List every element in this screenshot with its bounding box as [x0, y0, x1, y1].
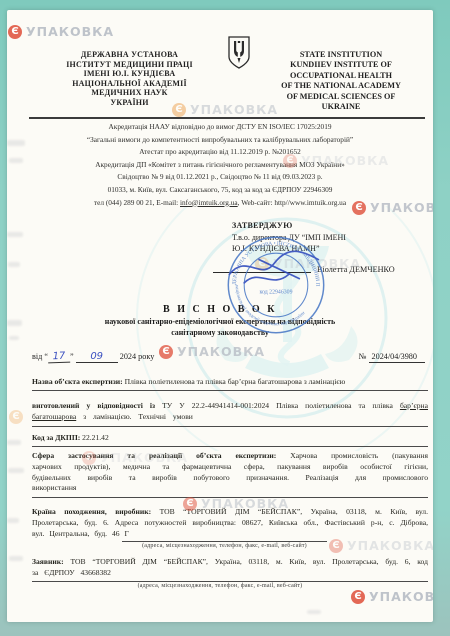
scan-smudge — [8, 262, 20, 267]
section-label: Код за ДКПП: — [32, 433, 80, 442]
date-quote: ” — [70, 352, 74, 361]
org-name-ua-line: УКРАЇНИ — [37, 98, 222, 108]
packaging-watermark: Є — [9, 410, 23, 424]
org-name-en-line: KUNDIIEV INSTITUTE OF — [253, 60, 429, 70]
scan-smudge — [7, 440, 21, 445]
scanned-document: { "watermark": { "symbol": "Є", "label":… — [0, 0, 450, 636]
stamp-center-text: код 22946309 — [259, 289, 292, 295]
round-stamp: ДЕРЖАВНА УСТАНОВА • ІНСТИТУТ МЕДИЦИНИ ПР… — [223, 232, 329, 338]
accreditation-line: Свідоцтво № 9 від 01.12.2021 р., Свідоцт… — [20, 171, 420, 184]
org-name-ua-line: НАЦІОНАЛЬНОЇ АКАДЕМІЇ — [37, 79, 222, 89]
header-divider — [29, 117, 425, 119]
document-number: № 2024/04/3980 — [359, 352, 425, 361]
section-label: Сфера застосування та реалізації об’єкта… — [32, 451, 276, 460]
section-text: Плівка поліетиленова та плівка бар’єрна … — [125, 377, 346, 386]
scan-smudge — [8, 468, 24, 473]
section-label: Назва об’єкта експертизи: — [32, 377, 123, 386]
org-name-ua-line: МЕДИЧНИХ НАУК — [37, 88, 222, 98]
section-scope: Сфера застосування та реалізації об’єкта… — [32, 451, 428, 498]
packaging-logo-icon: Є — [8, 25, 22, 39]
packaging-watermark: Є УПАКОВКА — [351, 589, 433, 604]
section-value: 22.21.42 — [82, 433, 109, 442]
section-object-name: Назва об’єкта експертизи: Плівка поліети… — [32, 377, 428, 391]
packaging-logo-icon: Є — [9, 410, 23, 424]
contact-prefix: тел (044) 289 00 21, E-mail: — [94, 198, 180, 207]
handwritten-day: 17 — [48, 351, 70, 364]
packaging-watermark-text: УПАКОВКА — [26, 24, 114, 39]
accreditation-contact-line: тел (044) 289 00 21, E-mail: info@imtuik… — [20, 197, 420, 210]
section-label: виготовлений у відповідності із — [32, 401, 155, 410]
conclusion-title: В И С Н О В О К — [7, 304, 433, 315]
accreditation-info: Акредитація НААУ відповідно до вимог ДСТ… — [20, 121, 420, 209]
section-text: ТОВ “ТОРГОВИЙ ДІМ “БЕЙСПАК”, Україна, 03… — [32, 557, 428, 577]
section-label: Країна походження, виробник: — [32, 507, 151, 516]
applicant-field-caption: (адреса, місцезнаходження, телефон, факс… — [7, 583, 433, 589]
org-name-en-line: OF MEDICAL SCIENCES OF — [253, 92, 429, 102]
section-made-according: виготовлений у відповідності із ТУ У 22.… — [32, 401, 428, 427]
origin-field-caption: (адреса, місцезнаходження, телефон, факс… — [122, 541, 327, 549]
org-name-ua-line: ДЕРЖАВНА УСТАНОВА — [37, 50, 222, 60]
scan-smudge — [307, 610, 321, 614]
org-name-ua-line: ІНСТИТУТ МЕДИЦИНИ ПРАЦІ — [37, 60, 222, 70]
accreditation-line: “Загальні вимоги до компетентності випро… — [20, 134, 420, 147]
org-name-en-line: STATE INSTITUTION — [253, 50, 429, 60]
packaging-logo-icon: Є — [351, 590, 365, 604]
number-sign: № — [359, 352, 367, 361]
org-name-ua: ДЕРЖАВНА УСТАНОВА ІНСТИТУТ МЕДИЦИНИ ПРАЦ… — [37, 50, 222, 108]
date-suffix: 2024 року — [120, 352, 155, 361]
accreditation-line: Атестат про акредитацію від 11.12.2019 р… — [20, 146, 420, 159]
accreditation-line: Акредитація НААУ відповідно до вимог ДСТ… — [20, 121, 420, 134]
conclusion-subtitle: санітарному законодавству — [7, 328, 433, 337]
section-label: Заявник: — [32, 557, 64, 566]
accreditation-line: 01033, м. Київ, вул. Саксаганського, 75,… — [20, 184, 420, 197]
stamp-ring-text-top: ДЕРЖАВНА УСТАНОВА • ІНСТИТУТ МЕДИЦИНИ ПР… — [223, 232, 320, 287]
document-page: ДЕРЖАВНА УСТАНОВА ІНСТИТУТ МЕДИЦИНИ ПРАЦ… — [7, 10, 433, 622]
scan-smudge — [7, 518, 19, 523]
number-value: 2024/04/3980 — [369, 352, 426, 363]
ukraine-trident-icon — [226, 36, 252, 70]
approval-title: ЗАТВЕРДЖУЮ — [232, 220, 427, 232]
org-name-en: STATE INSTITUTION KUNDIIEV INSTITUTE OF … — [253, 50, 429, 112]
date-line: від “17” 09 2024 року — [32, 351, 154, 363]
org-name-en-line: UKRAINE — [253, 102, 429, 112]
email-link: info@imtuik.org.ua — [180, 198, 238, 207]
packaging-watermark-text: УПАКОВКА — [369, 589, 433, 604]
section-dkpp-code: Код за ДКПП: 22.21.42 — [32, 433, 428, 447]
date-prefix: від “ — [32, 352, 48, 361]
section-text: ТУ У 22.2-44941414-001:2024 Плівка поліе… — [162, 401, 400, 410]
accreditation-line: Акредитація ДП «Комітет з питань гігієні… — [20, 159, 420, 172]
section-origin: Країна походження, виробник: ТОВ “ТОРГОВ… — [32, 507, 428, 541]
scan-smudge — [7, 232, 23, 237]
section-applicant: Заявник: ТОВ “ТОРГОВИЙ ДІМ “БЕЙСПАК”, Ук… — [32, 557, 428, 582]
conclusion-subtitle: наукової санітарно-епідеміологічної експ… — [7, 317, 433, 326]
scan-smudge — [9, 556, 23, 561]
org-name-ua-line: ІМЕНІ Ю.І. КУНДІЄВА — [37, 69, 222, 79]
svg-text:ДЕРЖАВНА УСТАНОВА • ІНСТИТУТ М: ДЕРЖАВНА УСТАНОВА • ІНСТИТУТ МЕДИЦИНИ ПР… — [223, 232, 320, 287]
section-text: з ламінацією. Технічні умови — [76, 412, 193, 421]
contact-suffix: , Web-сайт: http//www.imtuik.org.ua — [238, 198, 346, 207]
handwritten-month: 09 — [76, 351, 118, 363]
packaging-watermark: Є УПАКОВКА — [8, 24, 114, 39]
org-name-en-line: OF THE NATIONAL ACADEMY — [253, 81, 429, 91]
org-name-en-line: OCCUPATIONAL HEALTH — [253, 71, 429, 81]
